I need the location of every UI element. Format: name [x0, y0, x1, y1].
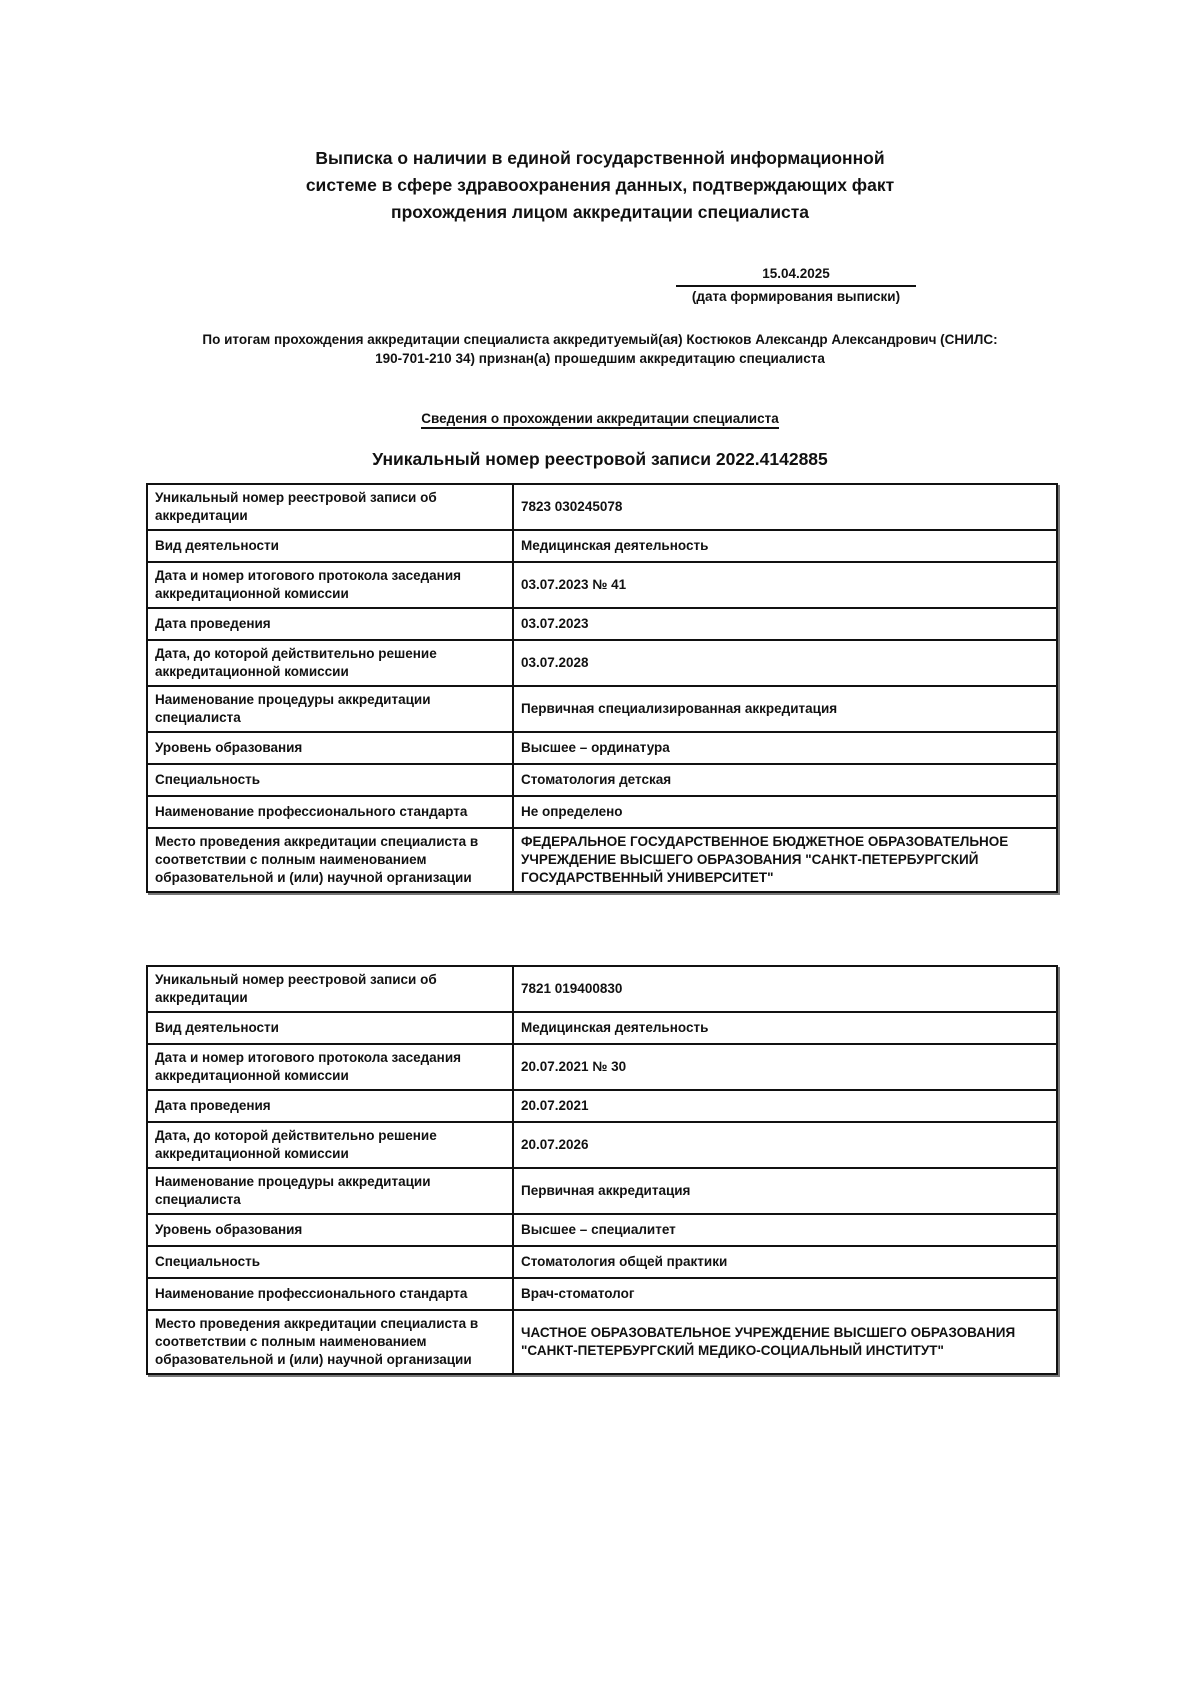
table-row: Вид деятельностиМедицинская деятельность [147, 530, 1057, 562]
row-value: Врач-стоматолог [513, 1278, 1057, 1310]
row-label: Уникальный номер реестровой записи об ак… [147, 484, 513, 530]
table-row: Дата и номер итогового протокола заседан… [147, 562, 1057, 608]
title-line: системе в сфере здравоохранения данных, … [0, 172, 1200, 199]
row-label: Вид деятельности [147, 530, 513, 562]
row-value: Первичная специализированная аккредитаци… [513, 686, 1057, 732]
row-value: Медицинская деятельность [513, 530, 1057, 562]
row-label: Дата и номер итогового протокола заседан… [147, 562, 513, 608]
row-label: Место проведения аккредитации специалист… [147, 1310, 513, 1374]
table-row: Дата проведения20.07.2021 [147, 1090, 1057, 1122]
table-row: Вид деятельностиМедицинская деятельность [147, 1012, 1057, 1044]
formation-date-caption: (дата формирования выписки) [676, 287, 916, 307]
row-label: Уровень образования [147, 1214, 513, 1246]
table-row: СпециальностьСтоматология детская [147, 764, 1057, 796]
row-value: 03.07.2028 [513, 640, 1057, 686]
row-value: 03.07.2023 [513, 608, 1057, 640]
title-line: Выписка о наличии в единой государственн… [0, 145, 1200, 172]
row-value: Первичная аккредитация [513, 1168, 1057, 1214]
row-label: Дата проведения [147, 1090, 513, 1122]
row-value: Не определено [513, 796, 1057, 828]
row-value: 7823 030245078 [513, 484, 1057, 530]
section-heading-text: Сведения о прохождении аккредитации спец… [421, 411, 778, 429]
row-value: 03.07.2023 № 41 [513, 562, 1057, 608]
table-row: Дата проведения03.07.2023 [147, 608, 1057, 640]
row-label: Специальность [147, 764, 513, 796]
table-row: Наименование процедуры аккредитации спец… [147, 686, 1057, 732]
row-value: 20.07.2026 [513, 1122, 1057, 1168]
row-label: Дата и номер итогового протокола заседан… [147, 1044, 513, 1090]
intro-statement: По итогам прохождения аккредитации специ… [140, 330, 1060, 368]
section-heading: Сведения о прохождении аккредитации спец… [0, 410, 1200, 428]
table-row: Уровень образованияВысшее – ординатура [147, 732, 1057, 764]
table-row: Уникальный номер реестровой записи об ак… [147, 966, 1057, 1012]
table-row: Дата и номер итогового протокола заседан… [147, 1044, 1057, 1090]
row-label: Уровень образования [147, 732, 513, 764]
row-value: 7821 019400830 [513, 966, 1057, 1012]
row-value: 20.07.2021 № 30 [513, 1044, 1057, 1090]
table-row: Дата, до которой действительно решение а… [147, 1122, 1057, 1168]
row-label: Наименование процедуры аккредитации спец… [147, 686, 513, 732]
accreditation-record-table: Уникальный номер реестровой записи об ак… [146, 483, 1058, 893]
registry-number-title: Уникальный номер реестровой записи 2022.… [0, 447, 1200, 471]
row-label: Наименование профессионального стандарта [147, 1278, 513, 1310]
row-value: Высшее – ординатура [513, 732, 1057, 764]
accreditation-record-table: Уникальный номер реестровой записи об ак… [146, 965, 1058, 1375]
table-row: Наименование профессионального стандарта… [147, 1278, 1057, 1310]
table-row: Уровень образованияВысшее – специалитет [147, 1214, 1057, 1246]
table-row: СпециальностьСтоматология общей практики [147, 1246, 1057, 1278]
row-label: Дата, до которой действительно решение а… [147, 640, 513, 686]
table-row: Уникальный номер реестровой записи об ак… [147, 484, 1057, 530]
row-label: Дата проведения [147, 608, 513, 640]
row-value: Стоматология детская [513, 764, 1057, 796]
row-label: Уникальный номер реестровой записи об ак… [147, 966, 513, 1012]
row-value: Стоматология общей практики [513, 1246, 1057, 1278]
row-value: ФЕДЕРАЛЬНОЕ ГОСУДАРСТВЕННОЕ БЮДЖЕТНОЕ ОБ… [513, 828, 1057, 892]
row-value: ЧАСТНОЕ ОБРАЗОВАТЕЛЬНОЕ УЧРЕЖДЕНИЕ ВЫСШЕ… [513, 1310, 1057, 1374]
row-value: Медицинская деятельность [513, 1012, 1057, 1044]
title-line: прохождения лицом аккредитации специалис… [0, 199, 1200, 226]
intro-line: 190-701-210 34) признан(а) прошедшим акк… [140, 349, 1060, 368]
table-row: Наименование процедуры аккредитации спец… [147, 1168, 1057, 1214]
row-label: Вид деятельности [147, 1012, 513, 1044]
formation-date: 15.04.2025 [676, 265, 916, 287]
table-row: Место проведения аккредитации специалист… [147, 828, 1057, 892]
table-row: Место проведения аккредитации специалист… [147, 1310, 1057, 1374]
document-title: Выписка о наличии в единой государственн… [0, 145, 1200, 226]
row-label: Место проведения аккредитации специалист… [147, 828, 513, 892]
table-row: Дата, до которой действительно решение а… [147, 640, 1057, 686]
formation-date-block: 15.04.2025 (дата формирования выписки) [676, 265, 916, 307]
row-label: Специальность [147, 1246, 513, 1278]
intro-line: По итогам прохождения аккредитации специ… [140, 330, 1060, 349]
row-label: Наименование профессионального стандарта [147, 796, 513, 828]
row-label: Наименование процедуры аккредитации спец… [147, 1168, 513, 1214]
table-row: Наименование профессионального стандарта… [147, 796, 1057, 828]
row-value: Высшее – специалитет [513, 1214, 1057, 1246]
row-value: 20.07.2021 [513, 1090, 1057, 1122]
row-label: Дата, до которой действительно решение а… [147, 1122, 513, 1168]
